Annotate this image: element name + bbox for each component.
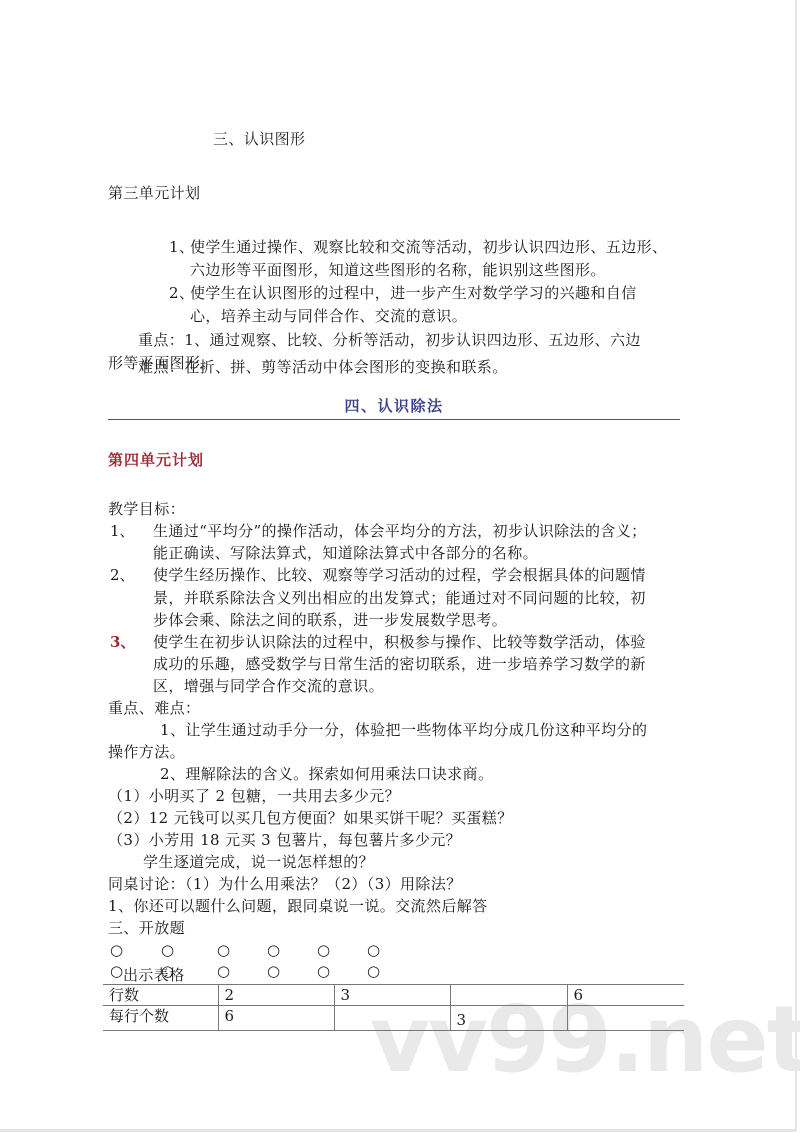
question-2: （2）12 元钱可以买几包方便面？如果买饼干呢？买蛋糕？ — [108, 808, 513, 828]
kd-1-line2: 操作方法。 — [108, 742, 185, 762]
circle-shape: ○ — [317, 940, 330, 960]
objective-1-num: 1、 — [110, 521, 135, 541]
circle-shape: ○ — [110, 961, 123, 981]
unit4-plan-title: 第四单元计划 — [108, 450, 204, 470]
kd-2: 2、理解除法的含义。探索如何用乘法口诀求商。 — [160, 764, 493, 784]
circle-shape: ○ — [367, 940, 380, 960]
table-cell: 6 — [218, 1006, 334, 1031]
circle-shape: ○ — [367, 961, 380, 981]
circle-shape: ○ — [267, 940, 280, 960]
objectives-label: 教学目标： — [108, 499, 185, 519]
circle-shape: ○ — [110, 940, 123, 960]
circle-shape: ○ — [317, 961, 330, 981]
table-cell: 6 — [567, 985, 684, 1006]
page-content: 三、认识图形 第三单元计划 1、 使学生通过操作、观察比较和交流等活动，初步认识… — [0, 0, 795, 1129]
question-1: （1）小明买了 2 包糖，一共用去多少元？ — [108, 786, 400, 806]
u3-difficulty: 难点：在折、拼、剪等活动中体会图形的变换和联系。 — [138, 357, 508, 377]
objective-3-line3: 区，增强与同学合作交流的意识。 — [153, 676, 384, 696]
table-row: 行数 2 3 6 — [103, 985, 684, 1006]
discussion: 同桌讨论：（1）为什么用乘法？（2）（3）用除法？ — [108, 874, 462, 894]
unit3-plan-title: 第三单元计划 — [108, 183, 200, 203]
circle-shape: ○ — [161, 940, 174, 960]
open-question-title: 三、开放题 — [108, 918, 185, 938]
u3-item-1-line2: 六边形等平面图形，知道这些图形的名称，能识别这些图形。 — [190, 260, 606, 280]
objective-2-num: 2、 — [110, 565, 135, 585]
objective-2-line2: 景，并联系除法含义列出相应的出发算式；能通过对不同问题的比较，初 — [153, 588, 646, 608]
circle-shape: ○ — [267, 961, 280, 981]
objective-2-line1: 使学生经历操作、比较、观察等学习活动的过程，学会根据具体的问题情 — [153, 565, 646, 585]
section3-title: 三、认识图形 — [213, 129, 305, 149]
table-cell: 3 — [334, 985, 450, 1006]
u3-key-point-line1: 重点：1、通过观察、比较、分析等活动，初步认识四边形、五边形、六边 — [138, 330, 641, 350]
extra-question: 1、你还可以题什么问题，跟同桌说一说。交流然后解答 — [108, 896, 488, 916]
objective-3-line1: 使学生在初步认识除法的过程中，积极参与操作、比较等数学活动，体验 — [153, 632, 646, 652]
question-3: （3）小芳用 18 元买 3 包薯片，每包薯片多少元？ — [108, 830, 461, 850]
table-cell: 行数 — [103, 985, 218, 1006]
objective-3-line2: 成功的乐趣，感受数学与日常生活的密切联系，进一步培养学习数学的新 — [153, 654, 646, 674]
table-cell — [567, 1006, 684, 1031]
table-label: 出示表格 — [123, 965, 185, 985]
document-page: vv99.net 三、认识图形 第三单元计划 1、 使学生通过操作、观察比较和交… — [0, 0, 797, 1132]
section-divider — [108, 419, 680, 420]
objective-3-num: 3、 — [110, 632, 135, 652]
kd-1-line1: 1、让学生通过动手分一分，体验把一些物体平均分成几份这种平均分的 — [160, 720, 647, 740]
table-cell: 2 — [218, 985, 334, 1006]
table-row: 每行个数 6 3 — [103, 1006, 684, 1031]
table-cell — [450, 985, 567, 1006]
u3-item-1-line1: 使学生通过操作、观察比较和交流等活动，初步认识四边形、五边形、 — [190, 237, 667, 257]
u3-item-2-line1: 使学生在认识图形的过程中，进一步产生对数学学习的兴趣和自信 — [190, 283, 637, 303]
circle-shape: ○ — [217, 940, 230, 960]
objective-1-line2: 能正确读、写除法算式，知道除法算式中各部分的名称。 — [153, 543, 538, 563]
key-difficulty-label: 重点、难点： — [108, 698, 200, 718]
objective-1-line1: 生通过“平均分”的操作活动，体会平均分的方法，初步认识除法的含义； — [153, 521, 647, 541]
circle-shape: ○ — [217, 961, 230, 981]
objective-2-line3: 步体会乘、除法之间的联系，进一步发展数学思考。 — [153, 610, 507, 630]
student-step: 学生逐道完成，说一说怎样想的？ — [143, 852, 374, 872]
table-cell: 每行个数 — [103, 1006, 218, 1031]
u3-item-2-line2: 心，培养主动与同伴合作、交流的意识。 — [190, 306, 467, 326]
table-cell — [334, 1006, 450, 1031]
section4-title: 四、认识除法 — [108, 396, 680, 416]
data-table: 行数 2 3 6 每行个数 6 3 — [103, 984, 684, 1031]
table-cell: 3 — [450, 1006, 567, 1031]
